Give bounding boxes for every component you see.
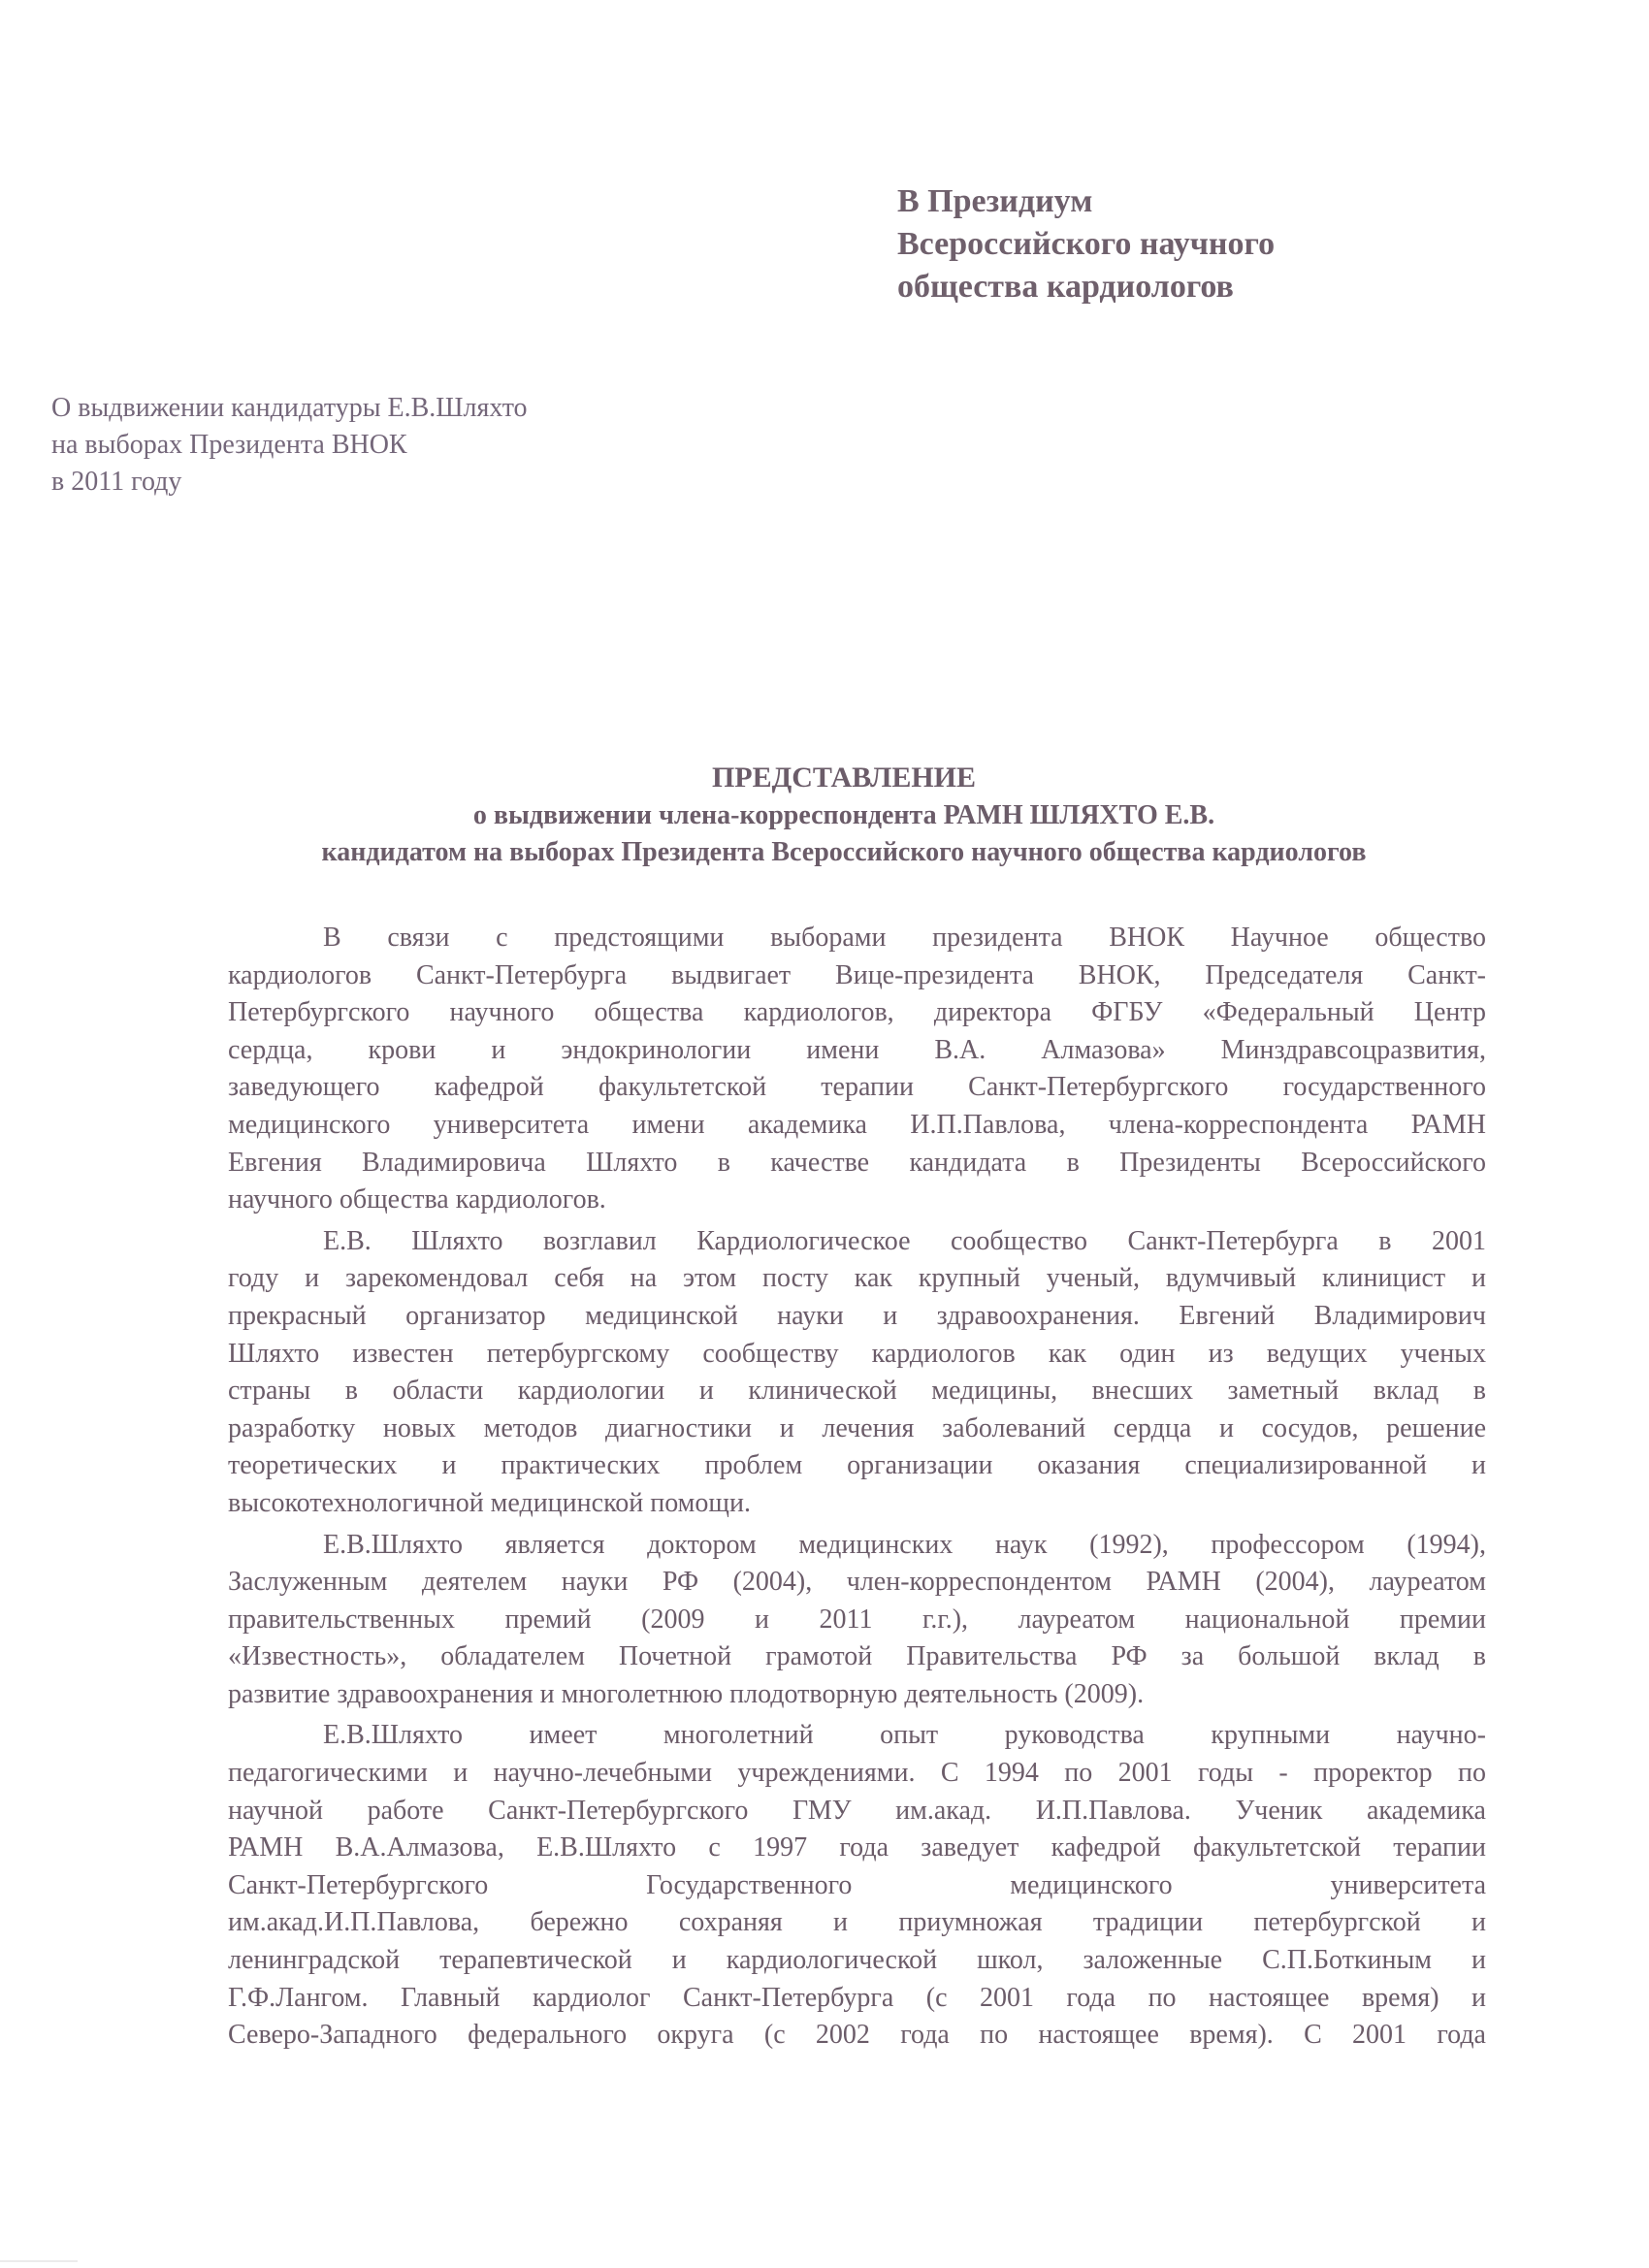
title-main: ПРЕДСТАВЛЕНИЕ (194, 759, 1494, 797)
paragraph-line: страны в области кардиологии и клиническ… (228, 1373, 1486, 1410)
paragraph-line: разработку новых методов диагностики и л… (228, 1410, 1486, 1448)
paragraph-line: научного общества кардиологов. (228, 1182, 1486, 1219)
paragraph-line: правительственных премий (2009 и 2011 г.… (228, 1602, 1486, 1639)
paragraph-line: Заслуженным деятелем науки РФ (2004), чл… (228, 1564, 1486, 1602)
paragraph-line: развитие здравоохранения и многолетнюю п… (228, 1676, 1486, 1714)
paragraph-line: году и зарекомендовал себя на этом посту… (228, 1260, 1486, 1298)
paragraph-line: им.акад.И.П.Павлова, бережно сохраняя и … (228, 1904, 1486, 1942)
paragraph-line: Санкт-Петербургского Государственного ме… (228, 1867, 1486, 1905)
paragraph-line: Е.В.Шляхто имеет многолетний опыт руково… (228, 1717, 1486, 1755)
document-title: ПРЕДСТАВЛЕНИЕ о выдвижении члена-корресп… (194, 759, 1494, 871)
paragraph-line: медицинского университета имени академик… (228, 1107, 1486, 1145)
addressee-line: Всероссийского научного (897, 223, 1275, 266)
title-subtitle-2: кандидатом на выборах Президента Всеросс… (194, 834, 1494, 871)
paragraph-line: «Известность», обладателем Почетной грам… (228, 1638, 1486, 1676)
title-subtitle-1: о выдвижении члена-корреспондента РАМН Ш… (194, 797, 1494, 834)
paragraph-line: высокотехнологичной медицинской помощи. (228, 1485, 1486, 1523)
paragraph: Е.В. Шляхто возглавил Кардиологическое с… (228, 1223, 1486, 1523)
paragraph-line: сердца, крови и эндокринологии имени В.А… (228, 1032, 1486, 1070)
paragraph-line: Г.Ф.Лангом. Главный кардиолог Санкт-Пете… (228, 1980, 1486, 2018)
paragraph-line: кардиологов Санкт-Петербурга выдвигает В… (228, 957, 1486, 995)
scan-artifact (0, 2260, 78, 2262)
paragraph-line: РАМН В.А.Алмазова, Е.В.Шляхто с 1997 год… (228, 1830, 1486, 1867)
paragraph-line: ленинградской терапевтической и кардиоло… (228, 1942, 1486, 1980)
paragraph-line: Северо-Западного федерального округа (с … (228, 2017, 1486, 2055)
paragraph-line: Е.В. Шляхто возглавил Кардиологическое с… (228, 1223, 1486, 1261)
paragraph-line: Е.В.Шляхто является доктором медицинских… (228, 1527, 1486, 1565)
addressee-block: В Президиум Всероссийского научного обще… (897, 180, 1275, 308)
paragraph: Е.В.Шляхто имеет многолетний опыт руково… (228, 1717, 1486, 2054)
paragraph-line: научной работе Санкт-Петербургского ГМУ … (228, 1793, 1486, 1831)
addressee-line: В Президиум (897, 180, 1275, 223)
paragraph-line: Шляхто известен петербургскому сообществ… (228, 1336, 1486, 1374)
paragraph: Е.В.Шляхто является доктором медицинских… (228, 1527, 1486, 1714)
paragraph-line: теоретических и практических проблем орг… (228, 1447, 1486, 1485)
subject-block: О выдвижении кандидатуры Е.В.Шляхто на в… (51, 390, 528, 501)
subject-line: на выборах Президента ВНОК (51, 427, 528, 464)
paragraph: В связи с предстоящими выборами президен… (228, 920, 1486, 1219)
subject-line: О выдвижении кандидатуры Е.В.Шляхто (51, 390, 528, 427)
paragraph-line: педагогическими и научно-лечебными учреж… (228, 1755, 1486, 1793)
paragraph-line: Петербургского научного общества кардиол… (228, 994, 1486, 1032)
paragraph-line: В связи с предстоящими выборами президен… (228, 920, 1486, 957)
subject-line: в 2011 году (51, 464, 528, 501)
paragraph-line: прекрасный организатор медицинской науки… (228, 1298, 1486, 1336)
document-body: В связи с предстоящими выборами президен… (228, 920, 1486, 2058)
addressee-line: общества кардиологов (897, 266, 1275, 308)
paragraph-line: заведующего кафедрой факультетской терап… (228, 1069, 1486, 1107)
paragraph-line: Евгения Владимировича Шляхто в качестве … (228, 1145, 1486, 1183)
